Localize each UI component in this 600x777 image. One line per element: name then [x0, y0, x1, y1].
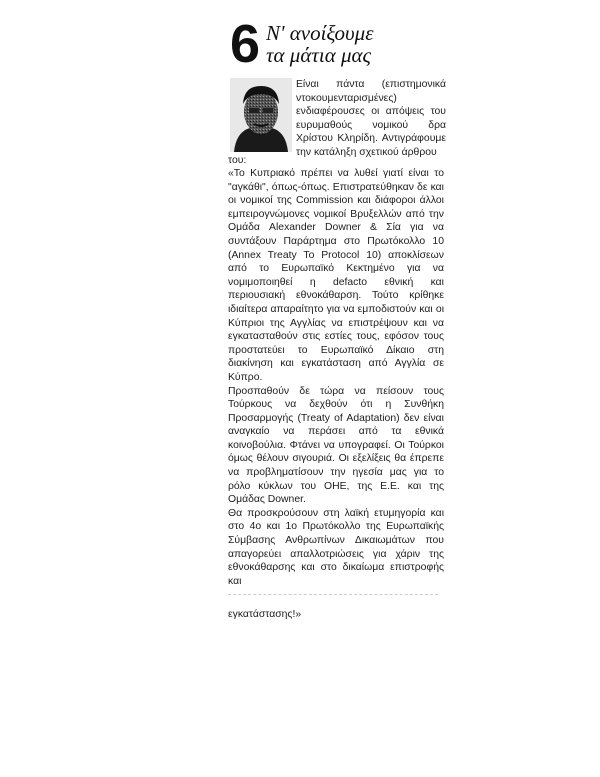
divider [228, 594, 438, 595]
headline: 6 Ν' ανοίξουμε τα μάτια μας [222, 20, 444, 72]
intro-block: Είναι πάντα (επιστημονικά ντοκουμενταρισ… [222, 74, 444, 160]
item-number: 6 [230, 16, 258, 72]
portrait-photo [230, 78, 292, 152]
title-line-1: Ν' ανοίξουμε [266, 22, 374, 44]
paragraph: «Το Κυπριακό πρέπει να λυθεί γιατί είναι… [228, 167, 444, 385]
title-line-2: τα μάτια μας [266, 44, 374, 66]
newspaper-clipping: 6 Ν' ανοίξουμε τα μάτια μας [222, 20, 444, 620]
intro-text: Είναι πάντα (επιστημονικά ντοκουμενταρισ… [296, 78, 446, 160]
article-body: «Το Κυπριακό πρέπει να λυθεί γιατί είναι… [228, 167, 444, 588]
article-ending: εγκατάστασης!» [228, 609, 444, 620]
paragraph: Προσπαθούν δε τώρα να πείσουν τους Τούρκ… [228, 385, 444, 507]
portrait-icon [230, 78, 292, 152]
article-title: Ν' ανοίξουμε τα μάτια μας [266, 22, 374, 66]
paragraph: Θα προσκρούσουν στη λαϊκή ετυμηγορία και… [228, 507, 444, 589]
